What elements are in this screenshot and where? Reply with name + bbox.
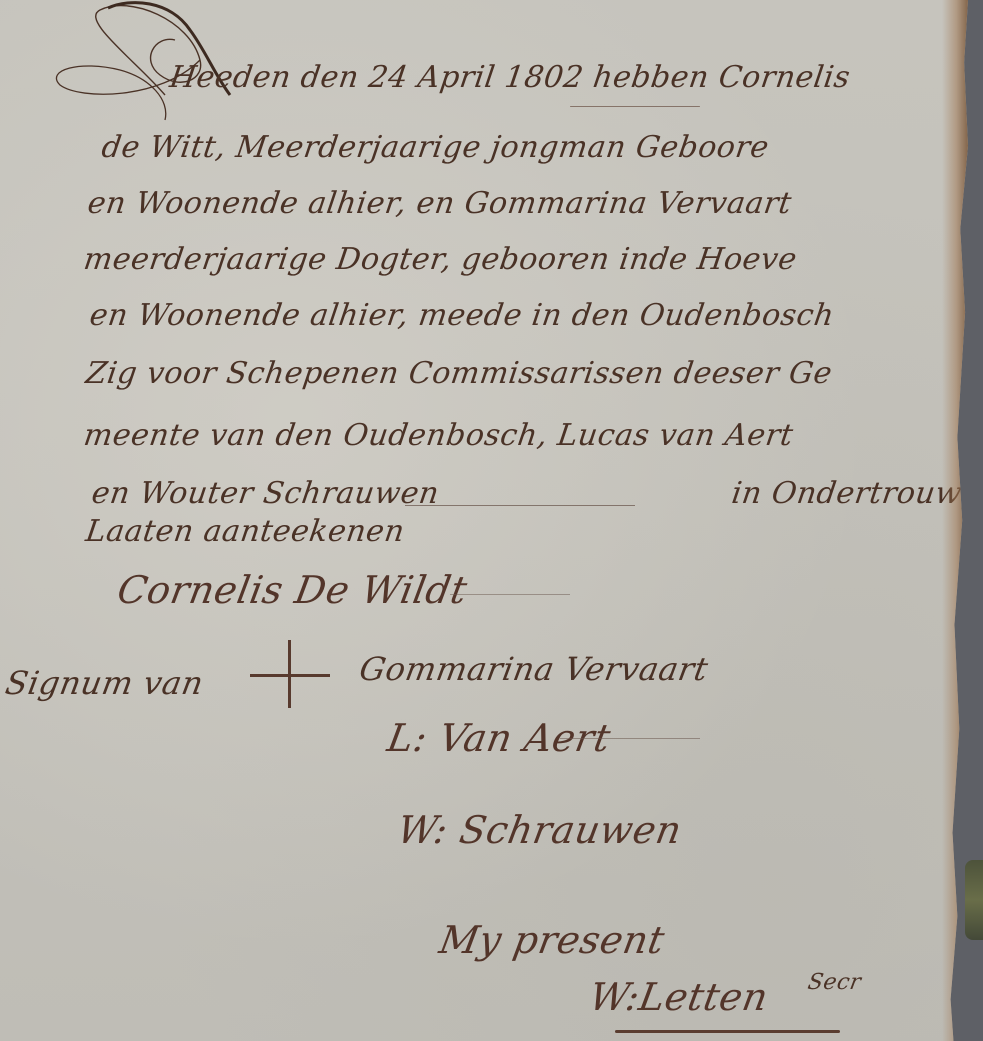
- record-line-9: Laaten aanteekenen: [84, 514, 407, 549]
- clerk-signature-underline: [615, 1030, 840, 1033]
- record-line-8: en Wouter Schrauwen: [90, 476, 442, 511]
- clerk-attestation: My present: [436, 918, 668, 962]
- signature-groom: Cornelis De Wildt: [114, 568, 471, 612]
- groom-signature-stroke: [450, 594, 570, 595]
- date-underline: [570, 106, 700, 107]
- paper-page: Heeden den 24 April 1802 hebben Cornelis…: [0, 0, 968, 1041]
- bride-mark-label: Signum van: [3, 664, 207, 702]
- witness-1-stroke: [560, 738, 700, 739]
- record-line-5: en Woonende alhier, meede in den Oudenbo…: [88, 298, 837, 333]
- signature-clerk: W:Letten: [586, 975, 772, 1019]
- signature-bride: Gommarina Vervaart: [357, 650, 711, 688]
- record-line-6: Zig voor Schepenen Commissarissen deeser…: [84, 356, 835, 391]
- clerk-title: Secr: [806, 970, 863, 995]
- record-line-7: meente van den Oudenbosch, Lucas van Aer…: [82, 418, 796, 453]
- bride-cross-mark: [250, 640, 330, 710]
- record-line-4: meerderjaarige Dogter, gebooren inde Hoe…: [82, 242, 800, 277]
- binding-ribbon: [965, 860, 983, 940]
- record-line-2: de Witt, Meerderjaarige jongman Geboore: [100, 130, 772, 165]
- record-line-8b: in Ondertrouw: [730, 476, 965, 511]
- blank-fill-line: [405, 505, 635, 506]
- signature-witness-2: W: Schrauwen: [394, 808, 685, 852]
- document-scan: Heeden den 24 April 1802 hebben Cornelis…: [0, 0, 983, 1041]
- record-line-3: en Woonende alhier, en Gommarina Vervaar…: [86, 186, 794, 221]
- record-line-1: Heeden den 24 April 1802 hebben Cornelis: [168, 60, 853, 95]
